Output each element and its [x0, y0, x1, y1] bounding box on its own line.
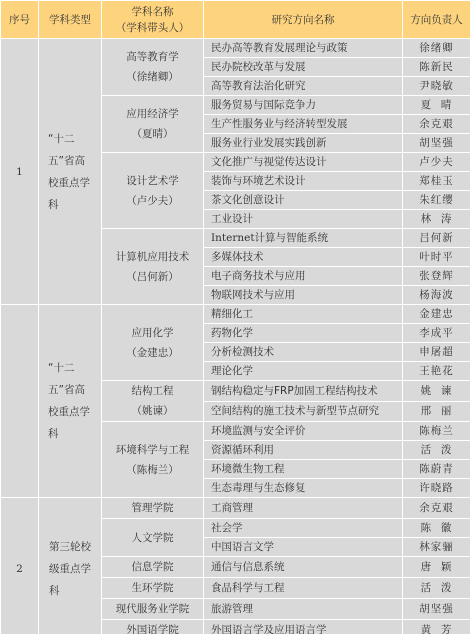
subject-cell: 外国语学院: [102, 620, 204, 634]
subject-cell: 高等教育学（徐绪卿）: [102, 39, 204, 96]
direction-cell: 资源循环利用: [204, 441, 403, 460]
leader-cell: 夏 晴: [403, 96, 470, 115]
direction-cell: 生态毒理与生态修复: [204, 479, 403, 498]
subject-name: 计算机应用技术: [102, 247, 203, 267]
subject-cell: 生环学院: [102, 578, 204, 599]
leader-cell: 王艳花: [403, 362, 470, 381]
subject-cell: 结构工程（姚谏）: [102, 381, 204, 422]
subject-cell: 应用化学（金建忠）: [102, 305, 204, 381]
direction-cell: 文化推广与视觉传达设计: [204, 153, 403, 172]
leader-cell: 李成平: [403, 324, 470, 343]
subject-name: 应用化学: [102, 323, 203, 343]
subject-cell: 环境科学与工程（陈梅兰）: [102, 422, 204, 498]
header-seq: 序号: [1, 1, 39, 39]
direction-cell: 旅游管理: [204, 599, 403, 620]
header-direction: 研究方向名称: [204, 1, 403, 39]
leader-cell: 陈新民: [403, 58, 470, 77]
type-label: 第三轮校级重点学科: [49, 536, 95, 602]
leader-cell: 叶时平: [403, 248, 470, 267]
header-subject: 学科名称 （学科带头人）: [102, 1, 204, 39]
seq-cell: [1, 305, 39, 498]
direction-cell: 外国语言学及应用语言学: [204, 620, 403, 634]
table-row: 1 “十二五”省高校重点学科 高等教育学（徐绪卿） 民办高等教育发展理论与政策 …: [1, 39, 470, 58]
leader-cell: 陈梅兰: [403, 422, 470, 441]
leader-cell: 金建忠: [403, 305, 470, 324]
direction-cell: 服务业行业发展实践创新: [204, 134, 403, 153]
leader-cell: 胡坚强: [403, 134, 470, 153]
subject-cell: 人文学院: [102, 519, 204, 557]
header-subject-line1: 学科名称: [102, 4, 203, 20]
header-row: 序号 学科类型 学科名称 （学科带头人） 研究方向名称 方向负责人: [1, 1, 470, 39]
table-row: “十二五”省高校重点学科 应用化学（金建忠） 精细化工 金建忠: [1, 305, 470, 324]
type-label: “十二五”省高校重点学科: [48, 357, 92, 445]
direction-cell: Internet计算与智能系统: [204, 229, 403, 248]
leader-cell: 卢少夫: [403, 153, 470, 172]
subject-head: （陈梅兰）: [102, 460, 203, 480]
subject-cell: 应用经济学（夏晴）: [102, 96, 204, 153]
subject-name: 设计艺术学: [102, 171, 203, 191]
type-cell: “十二五”省高校重点学科: [39, 39, 102, 305]
direction-cell: 精细化工: [204, 305, 403, 324]
leader-cell: 陈 徽: [403, 519, 470, 538]
leader-cell: 林家骊: [403, 538, 470, 557]
subject-cell: 计算机应用技术（吕何新）: [102, 229, 204, 305]
leader-cell: 许晓路: [403, 479, 470, 498]
subject-head: （夏晴）: [102, 124, 203, 144]
leader-cell: 徐绪卿: [403, 39, 470, 58]
subject-cell: 现代服务业学院: [102, 599, 204, 620]
direction-cell: 环境监测与安全评价: [204, 422, 403, 441]
direction-cell: 民办院校改革与发展: [204, 58, 403, 77]
direction-cell: 空间结构的施工技术与新型节点研究: [204, 401, 403, 422]
direction-cell: 装饰与环境艺术设计: [204, 172, 403, 191]
leader-cell: 活 泼: [403, 578, 470, 599]
leader-cell: 黄 芳: [403, 620, 470, 634]
direction-cell: 民办高等教育发展理论与政策: [204, 39, 403, 58]
direction-cell: 分析检测技术: [204, 343, 403, 362]
subject-name: 环境科学与工程: [102, 440, 203, 460]
subject-head: （吕何新）: [102, 267, 203, 287]
leader-cell: 余克艰: [403, 115, 470, 134]
subject-cell: 设计艺术学（卢少夫）: [102, 153, 204, 229]
type-cell: “十二五”省高校重点学科: [39, 305, 102, 498]
leader-cell: 活 泼: [403, 441, 470, 460]
direction-cell: 理论化学: [204, 362, 403, 381]
leader-cell: 尹晓敏: [403, 77, 470, 96]
direction-cell: 食品科学与工程: [204, 578, 403, 599]
direction-cell: 环境微生物工程: [204, 460, 403, 479]
leader-cell: 姚 谏: [403, 381, 470, 402]
direction-cell: 中国语言文学: [204, 538, 403, 557]
direction-cell: 电子商务技术与应用: [204, 267, 403, 286]
direction-cell: 茶文化创意设计: [204, 191, 403, 210]
discipline-table: 序号 学科类型 学科名称 （学科带头人） 研究方向名称 方向负责人 1 “十二五…: [0, 0, 470, 634]
leader-cell: 吕何新: [403, 229, 470, 248]
subject-head: （徐绪卿）: [102, 67, 203, 87]
leader-cell: 朱红缨: [403, 191, 470, 210]
table-row: 2 第三轮校级重点学科 管理学院 工商管理 余克艰: [1, 498, 470, 519]
seq-cell: 2: [1, 498, 39, 634]
leader-cell: 郑桂玉: [403, 172, 470, 191]
leader-cell: 陈蔚青: [403, 460, 470, 479]
direction-cell: 社会学: [204, 519, 403, 538]
leader-cell: 申屠超: [403, 343, 470, 362]
subject-name: 高等教育学: [102, 47, 203, 67]
direction-cell: 生产性服务业与经济转型发展: [204, 115, 403, 134]
subject-cell: 管理学院: [102, 498, 204, 519]
leader-cell: 余克艰: [403, 498, 470, 519]
type-label: “十二五”省高校重点学科: [48, 128, 92, 216]
subject-head: （姚谏）: [102, 401, 203, 421]
direction-cell: 通信与信息系统: [204, 557, 403, 578]
subject-cell: 信息学院: [102, 557, 204, 578]
direction-cell: 服务贸易与国际竞争力: [204, 96, 403, 115]
subject-head: （卢少夫）: [102, 191, 203, 211]
leader-cell: 邢 丽: [403, 401, 470, 422]
subject-name: 应用经济学: [102, 104, 203, 124]
subject-name: 结构工程: [102, 381, 203, 401]
header-subject-line2: （学科带头人）: [102, 20, 203, 36]
leader-cell: 林 涛: [403, 210, 470, 229]
leader-cell: 唐 颖: [403, 557, 470, 578]
subject-head: （金建忠）: [102, 343, 203, 363]
direction-cell: 工商管理: [204, 498, 403, 519]
leader-cell: 胡坚强: [403, 599, 470, 620]
direction-cell: 工业设计: [204, 210, 403, 229]
direction-cell: 高等教育法治化研究: [204, 77, 403, 96]
leader-cell: 张登辉: [403, 267, 470, 286]
seq-cell: 1: [1, 39, 39, 305]
leader-cell: 杨海波: [403, 286, 470, 305]
header-type: 学科类型: [39, 1, 102, 39]
direction-cell: 物联网技术与应用: [204, 286, 403, 305]
type-cell: 第三轮校级重点学科: [39, 498, 102, 634]
direction-cell: 钢结构稳定与FRP加固工程结构技术: [204, 381, 403, 402]
header-leader: 方向负责人: [403, 1, 470, 39]
direction-cell: 药物化学: [204, 324, 403, 343]
direction-cell: 多媒体技术: [204, 248, 403, 267]
